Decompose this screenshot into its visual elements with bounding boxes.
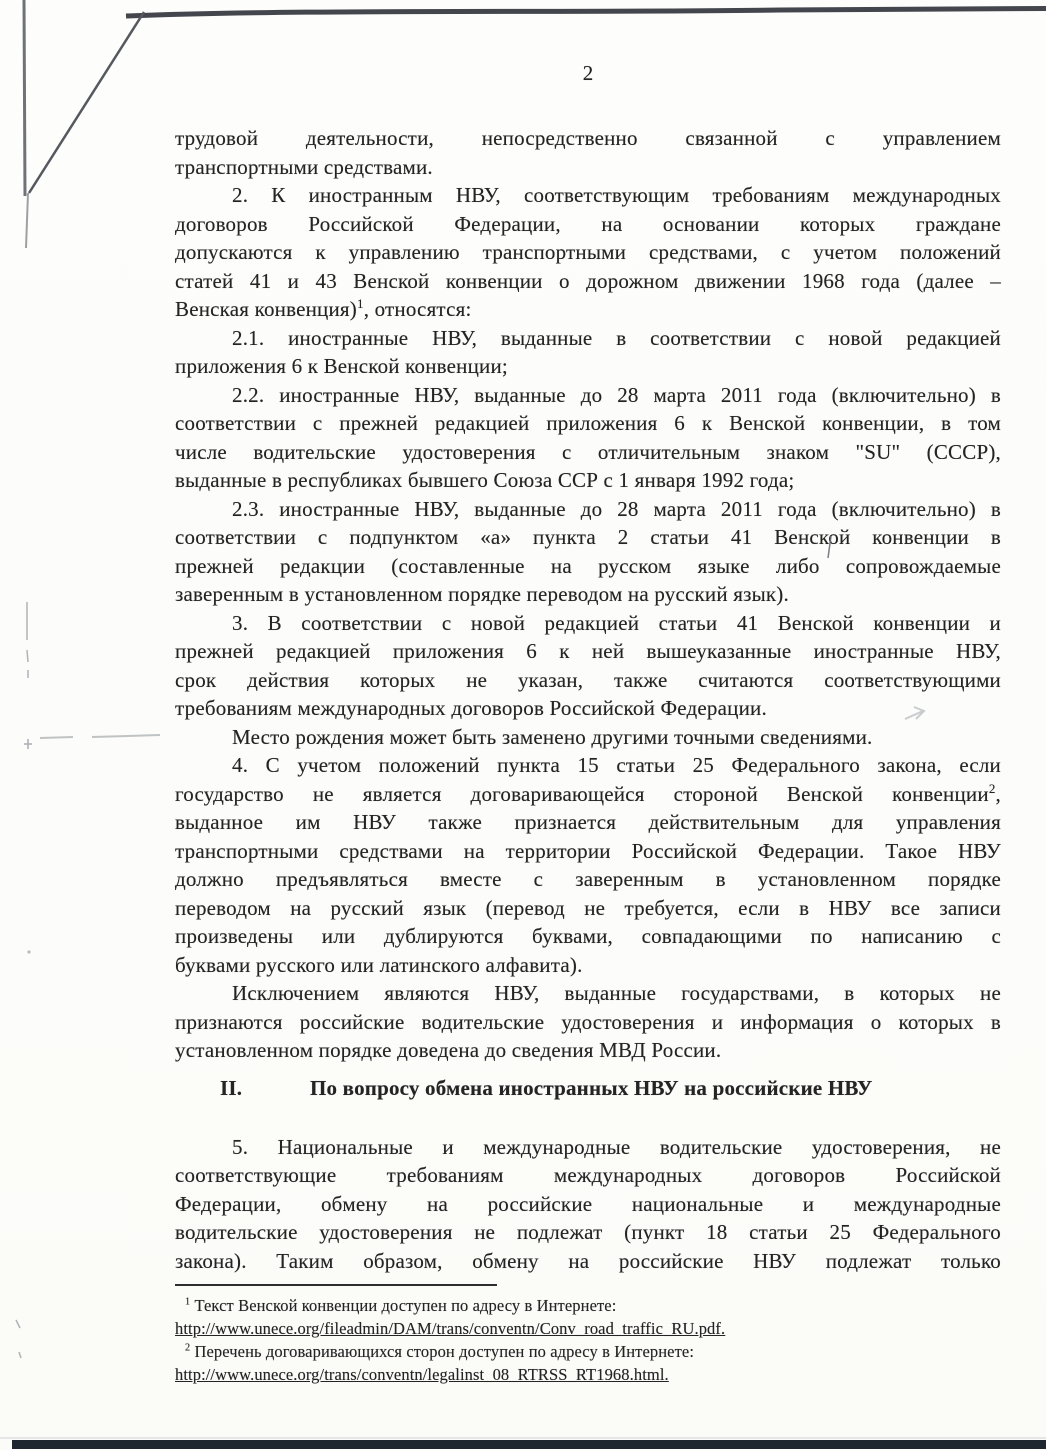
scan-bottom-bar-edge: [0, 1437, 1046, 1439]
text-line: государство не является договаривающейся…: [175, 780, 1001, 809]
paragraph: 2.3. иностранные НВУ, выданные до 28 мар…: [175, 495, 1001, 609]
text-line: приложения 6 к Венской конвенции;: [175, 352, 1001, 381]
footnote: 2 Перечень договаривающихся сторон досту…: [175, 1340, 1001, 1386]
text-line: переводом на русский язык (перевод не тр…: [175, 894, 1001, 923]
text-line: допускаются к управлению транспортными с…: [175, 238, 1001, 267]
paragraph: 3. В соответствии с новой редакцией стат…: [175, 609, 1001, 723]
text-line: буквами русского или латинского алфавита…: [175, 951, 1001, 980]
text-line: транспортными средствами.: [175, 153, 1001, 182]
text-line: Венская конвенция)1, относятся:: [175, 295, 1001, 324]
scan-corner-fold-tail: [26, 193, 28, 248]
footnote: 1 Текст Венской конвенции доступен по ад…: [175, 1294, 1001, 1340]
pencil-cross: [24, 739, 32, 749]
footnote-link: http://www.unece.org/fileadmin/DAM/trans…: [175, 1317, 1001, 1340]
page-number: 2: [175, 58, 1001, 88]
text-line: соответствии с прежней редакцией приложе…: [175, 409, 1001, 438]
text-line: выданные в республиках бывшего Союза ССР…: [175, 466, 1001, 495]
pencil-dot-1: [27, 950, 30, 953]
text-line: прежней редакции (составленные на русско…: [175, 552, 1001, 581]
text-line: числе водительские удостоверения с отлич…: [175, 438, 1001, 467]
pencil-tick-1: [16, 1320, 20, 1328]
scan-top-edge: [126, 9, 1046, 17]
text-line: установленном порядке доведена до сведен…: [175, 1036, 1001, 1065]
footnote-marker: 1: [185, 1297, 190, 1308]
text-line: должно предъявляться вместе с заверенным…: [175, 865, 1001, 894]
paragraph: Исключением являются НВУ, выданные госуд…: [175, 979, 1001, 1065]
paragraph: 5. Национальные и международные водитель…: [175, 1133, 1001, 1276]
text-line: 2. К иностранным НВУ, соответствующим тр…: [175, 181, 1001, 210]
text-line: статей 41 и 43 Венской конвенции о дорож…: [175, 267, 1001, 296]
text-line: трудовой деятельности, непосредственно с…: [175, 124, 1001, 153]
text-line: 4. С учетом положений пункта 15 статьи 2…: [175, 751, 1001, 780]
scan-bottom-bar: [12, 1440, 1046, 1449]
text-line: водительские удостоверения не подлежат (…: [175, 1218, 1001, 1247]
text-line: соответствии с подпунктом «а» пункта 2 с…: [175, 523, 1001, 552]
text-line: Исключением являются НВУ, выданные госуд…: [175, 979, 1001, 1008]
text-line: Место рождения может быть заменено други…: [175, 723, 1001, 752]
text-line: соответствующие требованиям международны…: [175, 1161, 1001, 1190]
footnote-ref: 2: [989, 781, 996, 796]
footnote-list: 1 Текст Венской конвенции доступен по ад…: [175, 1294, 1001, 1386]
footnote-ref: 1: [357, 296, 364, 311]
paragraph: 2.1. иностранные НВУ, выданные в соответ…: [175, 324, 1001, 381]
paragraph: 2. К иностранным НВУ, соответствующим тр…: [175, 181, 1001, 324]
paragraph: 2.2. иностранные НВУ, выданные до 28 мар…: [175, 381, 1001, 495]
paragraph: трудовой деятельности, непосредственно с…: [175, 124, 1001, 181]
scanned-page: 2 трудовой деятельности, непосредственно…: [0, 0, 1046, 1450]
scan-corner-fold: [29, 12, 144, 193]
scan-left-edge-line: [24, 0, 25, 196]
text-line: заверенным в установленном порядке перев…: [175, 580, 1001, 609]
text-line: 3. В соответствии с новой редакцией стат…: [175, 609, 1001, 638]
text-line: прежней редакцией приложения 6 к ней выш…: [175, 637, 1001, 666]
text-line: 2.3. иностранные НВУ, выданные до 28 мар…: [175, 495, 1001, 524]
text-line: выданное им НВУ также признается действи…: [175, 808, 1001, 837]
footnote-text: 1 Текст Венской конвенции доступен по ад…: [175, 1294, 1001, 1317]
text-line: 2.1. иностранные НВУ, выданные в соответ…: [175, 324, 1001, 353]
footnote-text: 2 Перечень договаривающихся сторон досту…: [175, 1340, 1001, 1363]
pencil-dash-vertical: [27, 602, 28, 678]
text-line: признаются российские водительские удост…: [175, 1008, 1001, 1037]
paragraph: 4. С учетом положений пункта 15 статьи 2…: [175, 751, 1001, 979]
text-line: Федерации, обмену на российские национал…: [175, 1190, 1001, 1219]
text-line: 2.2. иностранные НВУ, выданные до 28 мар…: [175, 381, 1001, 410]
text-line: транспортными средствами на территории Р…: [175, 837, 1001, 866]
document-body: трудовой деятельности, непосредственно с…: [175, 124, 1001, 1275]
heading-numeral: II.: [220, 1073, 310, 1103]
section-heading: II.По вопросу обмена иностранных НВУ на …: [175, 1073, 1001, 1103]
footnote-separator: [175, 1284, 497, 1286]
text-line: срок действия которых не указан, также с…: [175, 666, 1001, 695]
page-column: 2 трудовой деятельности, непосредственно…: [175, 58, 1001, 1386]
text-line: закона). Таким образом, обмену на россий…: [175, 1247, 1001, 1276]
pencil-dash-horizontal: [40, 735, 160, 738]
text-line: произведены или дублируются буквами, сов…: [175, 922, 1001, 951]
text-line: 5. Национальные и международные водитель…: [175, 1133, 1001, 1162]
footnote-marker: 2: [185, 1343, 190, 1354]
heading-text: По вопросу обмена иностранных НВУ на рос…: [310, 1076, 873, 1100]
text-line: требованиям международных договоров Росс…: [175, 694, 1001, 723]
footnote-link: http://www.unece.org/trans/conventn/lega…: [175, 1363, 1001, 1386]
text-line: договоров Российской Федерации, на основ…: [175, 210, 1001, 239]
footnotes-section: 1 Текст Венской конвенции доступен по ад…: [175, 1284, 1001, 1386]
paragraph: Место рождения может быть заменено други…: [175, 723, 1001, 752]
pencil-tick-2: [19, 1352, 21, 1358]
